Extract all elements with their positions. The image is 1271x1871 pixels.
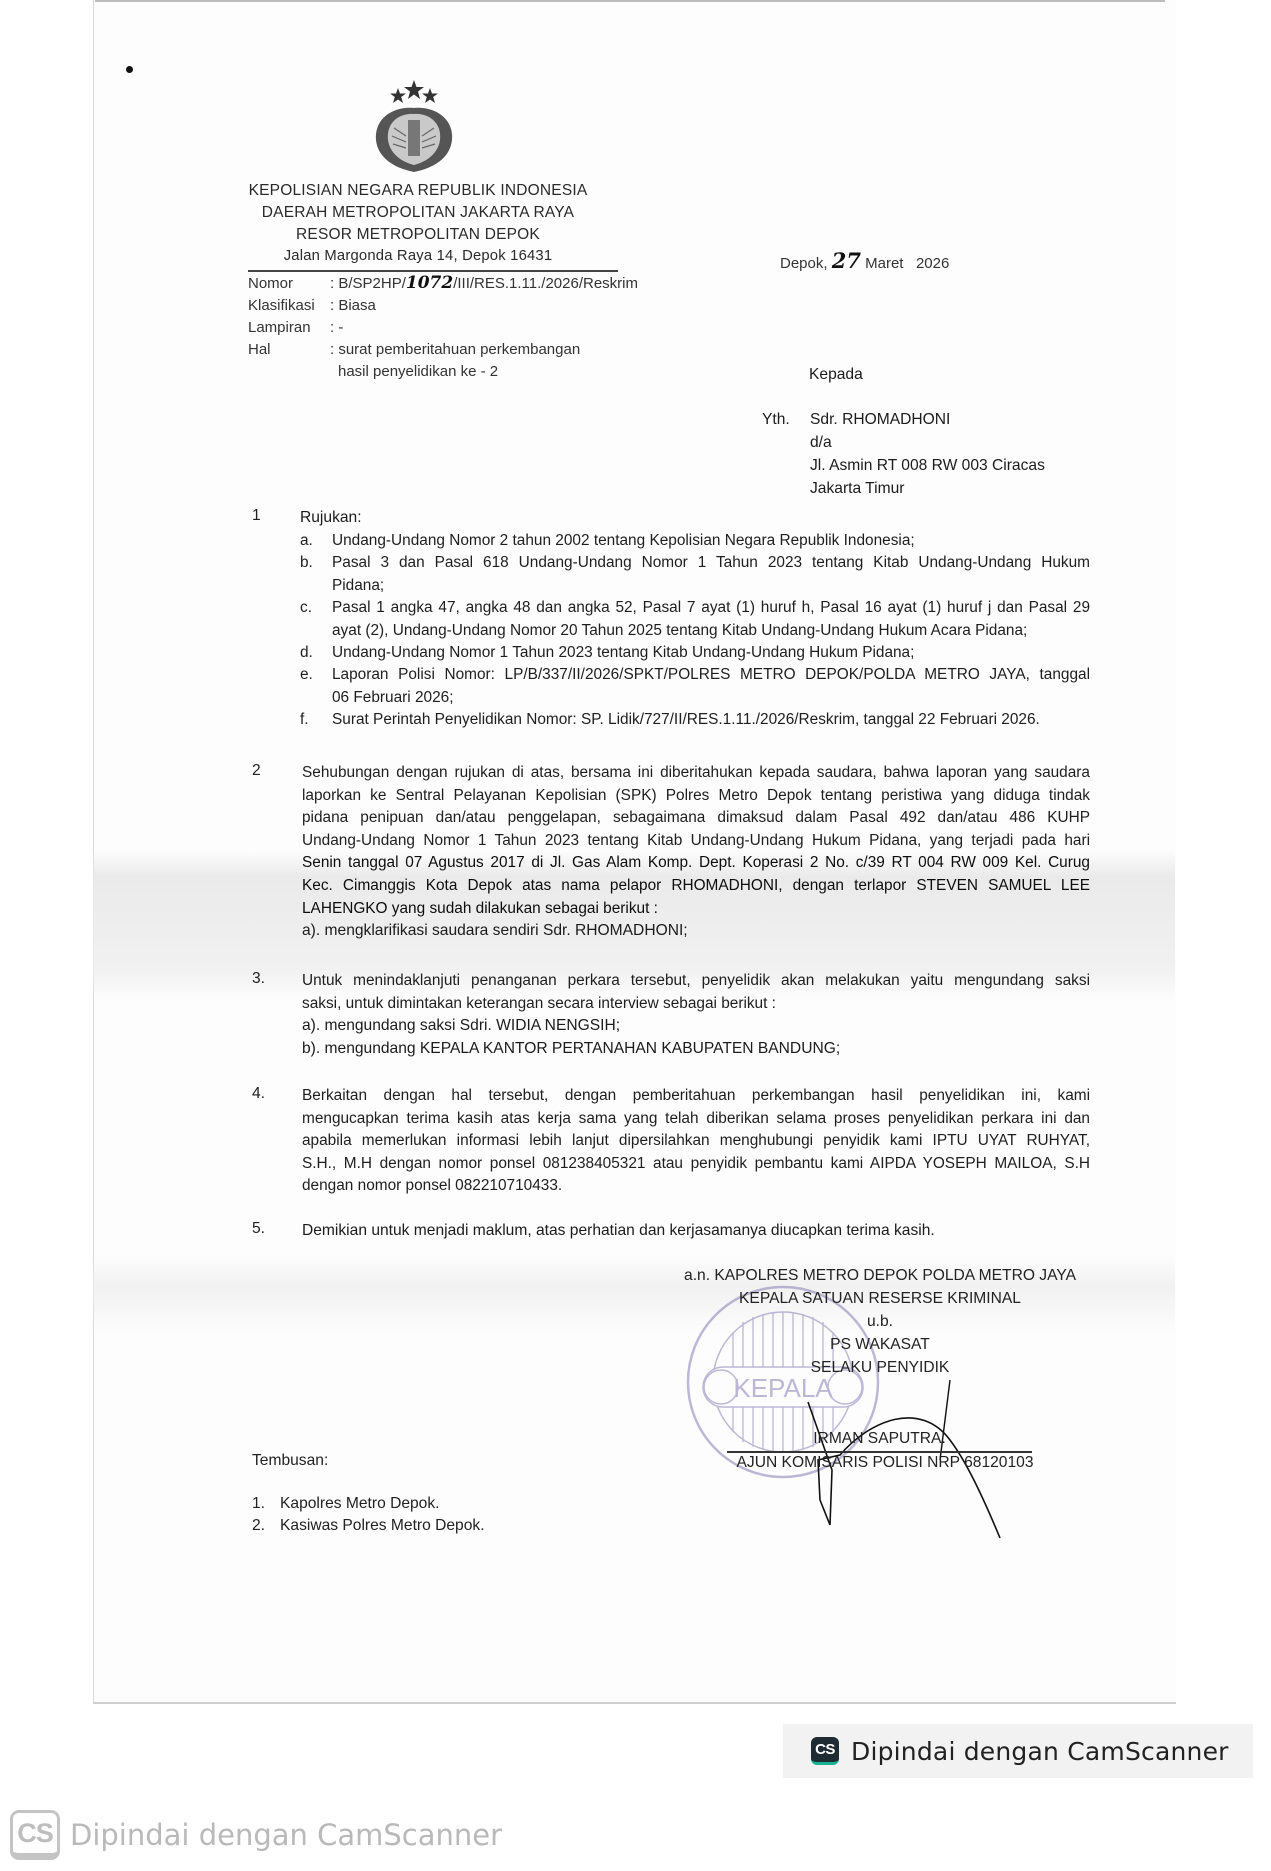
paragraph-line: apabila memerlukan informasi lebih lanju… xyxy=(302,1130,1090,1153)
page-top-edge xyxy=(95,0,1165,2)
nomor-prefix: : B/SP2HP/ xyxy=(330,275,406,292)
camscanner-badge: CS Dipindai dengan CamScanner xyxy=(783,1724,1253,1778)
hal-row: Hal: surat pemberitahuan perkembangan xyxy=(248,339,580,361)
camscanner-watermark-icon: CS xyxy=(10,1810,60,1860)
rujukan-text: Pasal 1 angka 47, angka 48 dan angka 52,… xyxy=(332,597,1090,619)
tembusan-item: 1.Kapolres Metro Depok. xyxy=(252,1493,439,1515)
recipient-name: Sdr. RHOMADHONI xyxy=(810,409,950,431)
date-month-year: Maret 2026 xyxy=(865,255,949,272)
hal-label: Hal xyxy=(248,339,330,361)
paragraph-line: pidana penipuan dan/atau penggelapan, se… xyxy=(302,807,1090,830)
lampiran-label: Lampiran xyxy=(248,317,330,339)
section-4-paragraph: Berkaitan dengan hal tersebut, dengan pe… xyxy=(302,1085,1090,1198)
nomor-row: Nomor: B/SP2HP/1072/III/RES.1.11./2026/R… xyxy=(248,273,638,295)
date-day-handwritten: 27 xyxy=(832,248,861,273)
rujukan-letter: a. xyxy=(300,530,313,552)
rujukan-item: a.Undang-Undang Nomor 2 tahun 2002 tenta… xyxy=(300,530,1090,552)
paragraph-line: mengucapkan terima kasih atas kerja sama… xyxy=(302,1108,1090,1131)
rujukan-letter: e. xyxy=(300,664,313,686)
letterhead-org-2: DAERAH METROPOLITAN JAKARTA RAYA xyxy=(243,202,593,223)
recipient-da: d/a xyxy=(810,432,832,454)
section-5-text: Demikian untuk menjadi maklum, atas perh… xyxy=(302,1220,935,1242)
paragraph-line: Senin tanggal 07 Agustus 2017 di Jl. Gas… xyxy=(302,852,1090,875)
letter-date: Depok, 27 Maret 2026 xyxy=(780,250,949,275)
ink-dot xyxy=(126,66,133,73)
date-place: Depok, xyxy=(780,255,828,272)
recipient-address-1: Jl. Asmin RT 008 RW 003 Ciracas xyxy=(810,455,1045,477)
rujukan-text: 06 Februari 2026; xyxy=(332,687,1090,709)
paragraph-line: Untuk menindaklanjuti penanganan perkara… xyxy=(302,970,1090,993)
nomor-label: Nomor xyxy=(248,273,330,295)
rujukan-text: Pidana; xyxy=(332,575,1090,597)
paragraph-line: dengan nomor ponsel 082210710433. xyxy=(302,1175,1090,1198)
camscanner-badge-text: Dipindai dengan CamScanner xyxy=(851,1737,1229,1766)
camscanner-logo-icon: CS xyxy=(811,1737,839,1765)
section-2-sub-a: a). mengklarifikasi saudara sendiri Sdr.… xyxy=(302,920,688,942)
section-1-number: 1 xyxy=(252,507,261,525)
nomor-suffix: /III/RES.1.11./2026/Reskrim xyxy=(453,275,638,292)
section-3-sub-b: b). mengundang KEPALA KANTOR PERTANAHAN … xyxy=(302,1038,840,1060)
section-3-sub-a: a). mengundang saksi Sdri. WIDIA NENGSIH… xyxy=(302,1015,620,1037)
signature-line-3: u.b. xyxy=(660,1311,1100,1334)
rujukan-letter: d. xyxy=(300,642,313,664)
rujukan-item: e.Laporan Polisi Nomor: LP/B/337/II/2026… xyxy=(300,664,1090,709)
rujukan-item: f.Surat Perintah Penyelidikan Nomor: SP.… xyxy=(300,709,1090,731)
letterhead-address: Jalan Margonda Raya 14, Depok 16431 xyxy=(243,246,593,267)
paragraph-line: Undang-Undang Nomor 1 Tahun 2023 tentang… xyxy=(302,830,1090,853)
camscanner-watermark: CS Dipindai dengan CamScanner xyxy=(10,1810,502,1860)
rujukan-item: c.Pasal 1 angka 47, angka 48 dan angka 5… xyxy=(300,597,1090,642)
signature-line-4: PS WAKASAT xyxy=(660,1334,1100,1357)
section-1-title: Rujukan: xyxy=(300,507,362,529)
letterhead-org-1: KEPOLISIAN NEGARA REPUBLIK INDONESIA xyxy=(243,180,593,201)
paragraph-line: laporkan ke Sentral Pelayanan Kepolisian… xyxy=(302,785,1090,808)
rujukan-text: Undang-Undang Nomor 1 Tahun 2023 tentang… xyxy=(332,642,1090,664)
rujukan-item: b.Pasal 3 dan Pasal 618 Undang-Undang No… xyxy=(300,552,1090,597)
rujukan-text: Laporan Polisi Nomor: LP/B/337/II/2026/S… xyxy=(332,664,1090,686)
lampiran-value: : - xyxy=(330,319,343,336)
police-emblem-icon xyxy=(364,78,464,178)
paragraph-line: saksi, untuk dimintakan keterangan secar… xyxy=(302,993,1090,1016)
lampiran-row: Lampiran: - xyxy=(248,317,343,339)
paragraph-line: Berkaitan dengan hal tersebut, dengan pe… xyxy=(302,1085,1090,1108)
rujukan-letter: f. xyxy=(300,709,309,731)
rujukan-letter: b. xyxy=(300,552,313,574)
section-5-number: 5. xyxy=(252,1220,265,1238)
signatory-rank: AJUN KOMISARIS POLISI NRP 68120103 xyxy=(700,1452,1070,1475)
paragraph-line: Kec. Cimanggis Kota Depok atas nama pela… xyxy=(302,875,1090,898)
section-3-paragraph: Untuk menindaklanjuti penanganan perkara… xyxy=(302,970,1090,1015)
klasifikasi-value: : Biasa xyxy=(330,297,376,314)
section-2-paragraph: Sehubungan dengan rujukan di atas, bersa… xyxy=(302,762,1090,920)
letterhead-org-3: RESOR METROPOLITAN DEPOK xyxy=(243,224,593,245)
klasifikasi-row: Klasifikasi: Biasa xyxy=(248,295,376,317)
hal-value-1: : surat pemberitahuan perkembangan xyxy=(330,341,580,358)
signature-line-2: KEPALA SATUAN RESERSE KRIMINAL xyxy=(660,1288,1100,1311)
nomor-handwritten: 1072 xyxy=(406,273,453,293)
hal-value-2: hasil penyelidikan ke - 2 xyxy=(338,361,498,383)
signature-line-1: a.n. KAPOLRES METRO DEPOK POLDA METRO JA… xyxy=(660,1265,1100,1288)
paragraph-line: Sehubungan dengan rujukan di atas, bersa… xyxy=(302,762,1090,785)
section-3-number: 3. xyxy=(252,970,265,988)
letterhead-divider xyxy=(248,270,618,272)
section-4-number: 4. xyxy=(252,1085,265,1103)
recipient-address-2: Jakarta Timur xyxy=(810,478,904,500)
rujukan-letter: c. xyxy=(300,597,312,619)
yth-label: Yth. xyxy=(762,409,790,431)
section-2-number: 2 xyxy=(252,762,261,780)
rujukan-text: ayat (2), Undang-Undang Nomor 20 Tahun 2… xyxy=(332,620,1090,642)
tembusan-title: Tembusan: xyxy=(252,1450,328,1472)
camscanner-watermark-text: Dipindai dengan CamScanner xyxy=(70,1818,502,1852)
rujukan-item: d.Undang-Undang Nomor 1 Tahun 2023 tenta… xyxy=(300,642,1090,664)
tembusan-item: 2.Kasiwas Polres Metro Depok. xyxy=(252,1515,485,1537)
rujukan-text: Undang-Undang Nomor 2 tahun 2002 tentang… xyxy=(332,530,1090,552)
signatory-name: IRMAN SAPUTRA. xyxy=(727,1428,1032,1451)
rujukan-text: Pasal 3 dan Pasal 618 Undang-Undang Nomo… xyxy=(332,552,1090,574)
rujukan-text: Surat Perintah Penyelidikan Nomor: SP. L… xyxy=(332,709,1090,731)
paragraph-line: LAHENGKO yang sudah dilakukan sebagai be… xyxy=(302,898,1090,921)
paragraph-line: S.H., M.H dengan nomor ponsel 0812384053… xyxy=(302,1153,1090,1176)
klasifikasi-label: Klasifikasi xyxy=(248,295,330,317)
kepada-label: Kepada xyxy=(809,364,863,386)
